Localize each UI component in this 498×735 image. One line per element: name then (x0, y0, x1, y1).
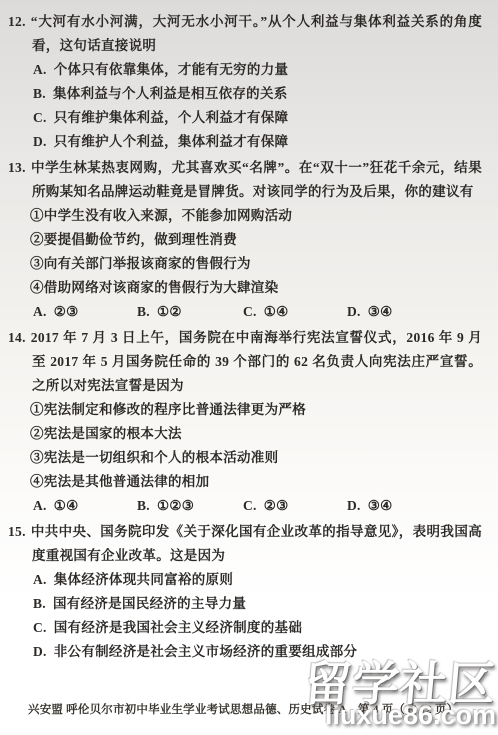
option-label: A. (33, 304, 47, 319)
question-stem-text: “大河有水小河满，大河无水小河干。”从个人利益与集体利益关系的角度看，这句话直接… (31, 14, 482, 53)
option-text: 个体只有依靠集体，才能有无穷的力量 (54, 62, 289, 77)
option-text: ①④ (54, 498, 79, 513)
question-13-option-a: A.②③ (33, 300, 137, 324)
option-label: C. (243, 498, 257, 513)
option-text: ①④ (264, 304, 289, 319)
question-14-option-row: A.①④ B.①②③ C.②③ D.③④ (8, 494, 482, 518)
option-text: ②③ (54, 304, 79, 319)
option-label: B. (33, 86, 46, 101)
question-number: 15. (8, 524, 26, 539)
option-label: C. (33, 620, 47, 635)
question-14-option-b: B.①②③ (137, 494, 243, 518)
option-label: D. (33, 644, 47, 659)
option-label: A. (33, 498, 47, 513)
question-14-item-4: ④宪法是其他普通法律的相加 (8, 470, 482, 494)
question-14-option-a: A.①④ (33, 494, 137, 518)
page-footer: 兴安盟 呼伦贝尔市初中毕业生学业考试思想品德、历史试卷 A 第 4 页（共 12… (28, 701, 458, 717)
option-text: ③④ (368, 498, 393, 513)
exam-content: 12.“大河有水小河满，大河无水小河干。”从个人利益与集体利益关系的角度看，这句… (0, 0, 498, 664)
question-14-item-1: ①宪法制定和修改的程序比普通法律更为严格 (8, 398, 482, 422)
question-15-option-c: C.国有经济是我国社会主义经济制度的基础 (8, 616, 482, 640)
question-number: 12. (8, 14, 26, 29)
option-label: A. (33, 62, 47, 77)
option-text: 只有维护人个利益，集体利益才有保障 (54, 134, 289, 149)
option-label: C. (243, 304, 257, 319)
question-14-option-c: C.②③ (243, 494, 347, 518)
option-label: A. (33, 572, 47, 587)
option-label: D. (347, 498, 361, 513)
question-15-option-b: B.国有经济是国民经济的主导力量 (8, 592, 482, 616)
question-13-option-c: C.①④ (243, 300, 347, 324)
option-text: 国有经济是国民经济的主导力量 (53, 596, 246, 611)
option-text: ③④ (368, 304, 393, 319)
option-text: 只有维护集体利益，个人利益才有保障 (54, 110, 289, 125)
question-12-stem: 12.“大河有水小河满，大河无水小河干。”从个人利益与集体利益关系的角度看，这句… (8, 10, 482, 58)
question-15-stem: 15.中共中央、国务院印发《关于深化国有企业改革的指导意见》，表明我国高度重视国… (8, 520, 482, 568)
question-14-option-d: D.③④ (347, 494, 393, 518)
option-text: 国有经济是我国社会主义经济制度的基础 (54, 620, 302, 635)
question-13-item-2: ②要提倡勤俭节约，做到理性消费 (8, 228, 482, 252)
question-15: 15.中共中央、国务院印发《关于深化国有企业改革的指导意见》，表明我国高度重视国… (8, 520, 482, 664)
option-label: D. (347, 304, 361, 319)
question-13-item-3: ③向有关部门举报该商家的售假行为 (8, 252, 482, 276)
question-12-option-a: A.个体只有依靠集体，才能有无穷的力量 (8, 58, 482, 82)
question-stem-text: 2017 年 7 月 3 日上午，国务院在中南海举行宪法宣誓仪式，2016 年 … (31, 330, 482, 393)
option-text: ①②③ (157, 498, 194, 513)
option-label: B. (137, 498, 150, 513)
option-label: C. (33, 110, 47, 125)
option-label: B. (33, 596, 46, 611)
question-13-item-4: ④借助网络对该商家的售假行为大肆渲染 (8, 276, 482, 300)
question-15-option-a: A.集体经济体现共同富裕的原则 (8, 568, 482, 592)
question-number: 13. (8, 160, 26, 175)
question-13-option-row: A.②③ B.①② C.①④ D.③④ (8, 300, 482, 324)
question-12-option-d: D.只有维护人个利益，集体利益才有保障 (8, 130, 482, 154)
question-13-option-b: B.①② (137, 300, 243, 324)
question-14-stem: 14.2017 年 7 月 3 日上午，国务院在中南海举行宪法宣誓仪式，2016… (8, 326, 482, 398)
question-13-option-d: D.③④ (347, 300, 393, 324)
question-12-option-b: B.集体利益与个人利益是相互依存的关系 (8, 82, 482, 106)
question-15-option-d: D.非公有制经济是社会主义市场经济的重要组成部分 (8, 640, 482, 664)
question-13-item-1: ①中学生没有收入来源，不能参加网购活动 (8, 204, 482, 228)
question-12: 12.“大河有水小河满，大河无水小河干。”从个人利益与集体利益关系的角度看，这句… (8, 10, 482, 154)
question-14-item-2: ②宪法是国家的根本大法 (8, 422, 482, 446)
option-label: D. (33, 134, 47, 149)
question-stem-text: 中共中央、国务院印发《关于深化国有企业改革的指导意见》，表明我国高度重视国有企业… (31, 524, 482, 563)
question-number: 14. (8, 330, 26, 345)
question-13-stem: 13.中学生林某热衷网购，尤其喜欢买“名牌”。在“双十一”狂花千余元，结果所购某… (8, 156, 482, 204)
scanned-exam-page: 12.“大河有水小河满，大河无水小河干。”从个人利益与集体利益关系的角度看，这句… (0, 0, 498, 735)
question-14: 14.2017 年 7 月 3 日上午，国务院在中南海举行宪法宣誓仪式，2016… (8, 326, 482, 518)
option-text: 集体利益与个人利益是相互依存的关系 (53, 86, 288, 101)
option-text: 非公有制经济是社会主义市场经济的重要组成部分 (54, 644, 358, 659)
option-text: ①② (157, 304, 182, 319)
question-12-option-c: C.只有维护集体利益，个人利益才有保障 (8, 106, 482, 130)
question-stem-text: 中学生林某热衷网购，尤其喜欢买“名牌”。在“双十一”狂花千余元，结果所购某知名品… (31, 160, 482, 199)
option-text: 集体经济体现共同富裕的原则 (54, 572, 233, 587)
option-label: B. (137, 304, 150, 319)
question-13: 13.中学生林某热衷网购，尤其喜欢买“名牌”。在“双十一”狂花千余元，结果所购某… (8, 156, 482, 324)
watermark: 留学社区 liuxue86.com (304, 662, 498, 729)
question-14-item-3: ③宪法是一切组织和个人的根本活动准则 (8, 446, 482, 470)
option-text: ②③ (264, 498, 289, 513)
